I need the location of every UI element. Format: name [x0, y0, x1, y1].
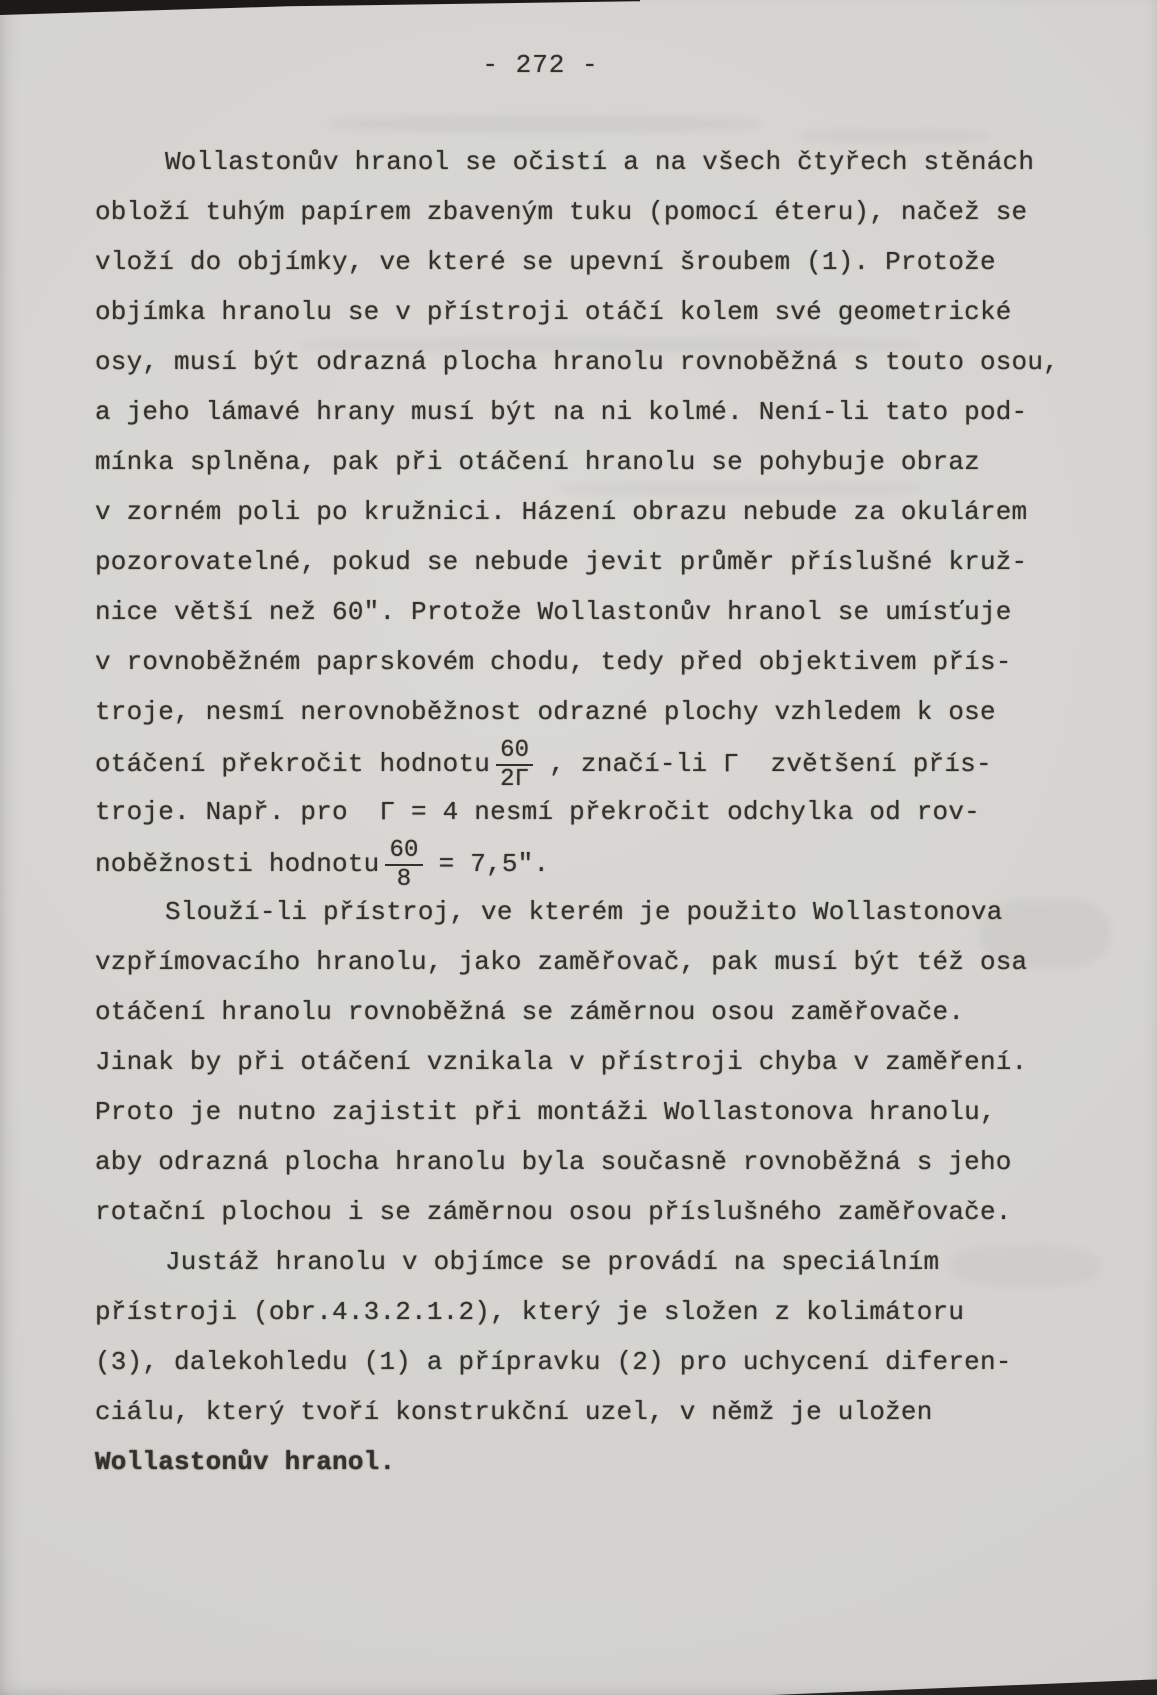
text-run: objímka hranolu se v přístroji otáčí kol…: [95, 297, 1012, 327]
inline-fraction: 608: [385, 838, 422, 892]
text-run: vzpřímovacího hranolu, jako zaměřovač, p…: [95, 947, 1027, 977]
text-run: Wollastonův hranol se očistí a na všech …: [165, 147, 1034, 177]
scanned-page: - 272 - Wollastonův hranol se očistí a n…: [0, 0, 1157, 1695]
text-line: Wollastonův hranol.: [95, 1437, 1080, 1487]
text-line: troje. Např. pro Γ = 4 nesmí překročit o…: [95, 787, 1080, 837]
text-line: troje, nesmí nerovnoběžnost odrazné ploc…: [95, 687, 1080, 737]
text-line: aby odrazná plocha hranolu byla současně…: [95, 1137, 1080, 1187]
text-line: a jeho lámavé hrany musí být na ni kolmé…: [95, 387, 1080, 437]
text-line: mínka splněna, pak při otáčení hranolu s…: [95, 437, 1080, 487]
text-run: (3), dalekohledu (1) a přípravku (2) pro…: [95, 1347, 1012, 1377]
text-line: vzpřímovacího hranolu, jako zaměřovač, p…: [95, 937, 1080, 987]
text-line: vloží do objímky, ve které se upevní šro…: [95, 237, 1080, 287]
text-run: pozorovatelné, pokud se nebude jevit prů…: [95, 547, 1027, 577]
text-run: Slouží-li přístroj, ve kterém je použito…: [165, 897, 1003, 927]
text-run: aby odrazná plocha hranolu byla současně…: [95, 1147, 1012, 1177]
text-line: ciálu, který tvoří konstrukční uzel, v n…: [95, 1387, 1080, 1437]
text-run: v zorném poli po kružnici. Házení obrazu…: [95, 497, 1027, 527]
text-run: a jeho lámavé hrany musí být na ni kolmé…: [95, 397, 1027, 427]
text-line: nice větší než 60". Protože Wollastonův …: [95, 587, 1080, 637]
scan-edge-artifact-top: [0, 0, 640, 15]
fraction-denominator: 8: [385, 866, 422, 892]
bleed-through-smudge: [330, 116, 760, 132]
text-run: otáčení překročit hodnotu: [95, 749, 490, 779]
text-run: osy, musí být odrazná plocha hranolu rov…: [95, 347, 1059, 377]
fraction-numerator: 60: [496, 738, 533, 766]
scan-edge-artifact-bottom: [772, 1678, 1157, 1695]
text-run: ciálu, který tvoří konstrukční uzel, v n…: [95, 1397, 933, 1427]
text-run: rotační plochou i se záměrnou osou přísl…: [95, 1197, 1012, 1227]
text-block: Wollastonův hranol se očistí a na všech …: [95, 137, 1080, 1487]
text-run: Proto je nutno zajistit při montáži Woll…: [95, 1097, 996, 1127]
text-line: Jinak by při otáčení vznikala v přístroj…: [95, 1037, 1080, 1087]
text-run: , značí-li Γ zvětšení přís-: [549, 749, 991, 779]
text-line: obloží tuhým papírem zbaveným tuku (pomo…: [95, 187, 1080, 237]
text-line: (3), dalekohledu (1) a přípravku (2) pro…: [95, 1337, 1080, 1387]
text-run: nice větší než 60". Protože Wollastonův …: [95, 597, 1012, 627]
fraction-denominator: 2Γ: [496, 766, 533, 792]
text-line: Wollastonův hranol se očistí a na všech …: [95, 137, 1080, 187]
text-run: troje. Např. pro Γ = 4 nesmí překročit o…: [95, 797, 980, 827]
page-number: - 272 -: [0, 50, 1119, 80]
text-line: noběžnosti hodnotu608= 7,5".: [95, 837, 1080, 887]
text-line: Justáž hranolu v objímce se provádí na s…: [95, 1237, 1080, 1287]
text-line: otáčení hranolu rovnoběžná se záměrnou o…: [95, 987, 1080, 1037]
text-run: přístroji (obr.4.3.2.1.2), který je slož…: [95, 1297, 964, 1327]
text-run: Justáž hranolu v objímce se provádí na s…: [165, 1247, 939, 1277]
text-run: Jinak by při otáčení vznikala v přístroj…: [95, 1047, 1027, 1077]
text-run: noběžnosti hodnotu: [95, 849, 379, 879]
text-run: troje, nesmí nerovnoběžnost odrazné ploc…: [95, 697, 996, 727]
text-run: = 7,5".: [439, 849, 550, 879]
text-run: otáčení hranolu rovnoběžná se záměrnou o…: [95, 997, 964, 1027]
text-line: otáčení překročit hodnotu602Γ, značí-li …: [95, 737, 1080, 787]
text-line: v zorném poli po kružnici. Házení obrazu…: [95, 487, 1080, 537]
text-run: Wollastonův hranol.: [95, 1447, 395, 1477]
fraction-numerator: 60: [385, 838, 422, 866]
text-run: v rovnoběžném paprskovém chodu, tedy pře…: [95, 647, 1012, 677]
text-run: mínka splněna, pak při otáčení hranolu s…: [95, 447, 980, 477]
text-line: v rovnoběžném paprskovém chodu, tedy pře…: [95, 637, 1080, 687]
text-line: pozorovatelné, pokud se nebude jevit prů…: [95, 537, 1080, 587]
text-line: přístroji (obr.4.3.2.1.2), který je slož…: [95, 1287, 1080, 1337]
inline-fraction: 602Γ: [496, 738, 533, 792]
text-run: obloží tuhým papírem zbaveným tuku (pomo…: [95, 197, 1027, 227]
text-line: osy, musí být odrazná plocha hranolu rov…: [95, 337, 1080, 387]
text-line: Proto je nutno zajistit při montáži Woll…: [95, 1087, 1080, 1137]
text-line: objímka hranolu se v přístroji otáčí kol…: [95, 287, 1080, 337]
text-line: rotační plochou i se záměrnou osou přísl…: [95, 1187, 1080, 1237]
text-run: vloží do objímky, ve které se upevní šro…: [95, 247, 996, 277]
text-line: Slouží-li přístroj, ve kterém je použito…: [95, 887, 1080, 937]
